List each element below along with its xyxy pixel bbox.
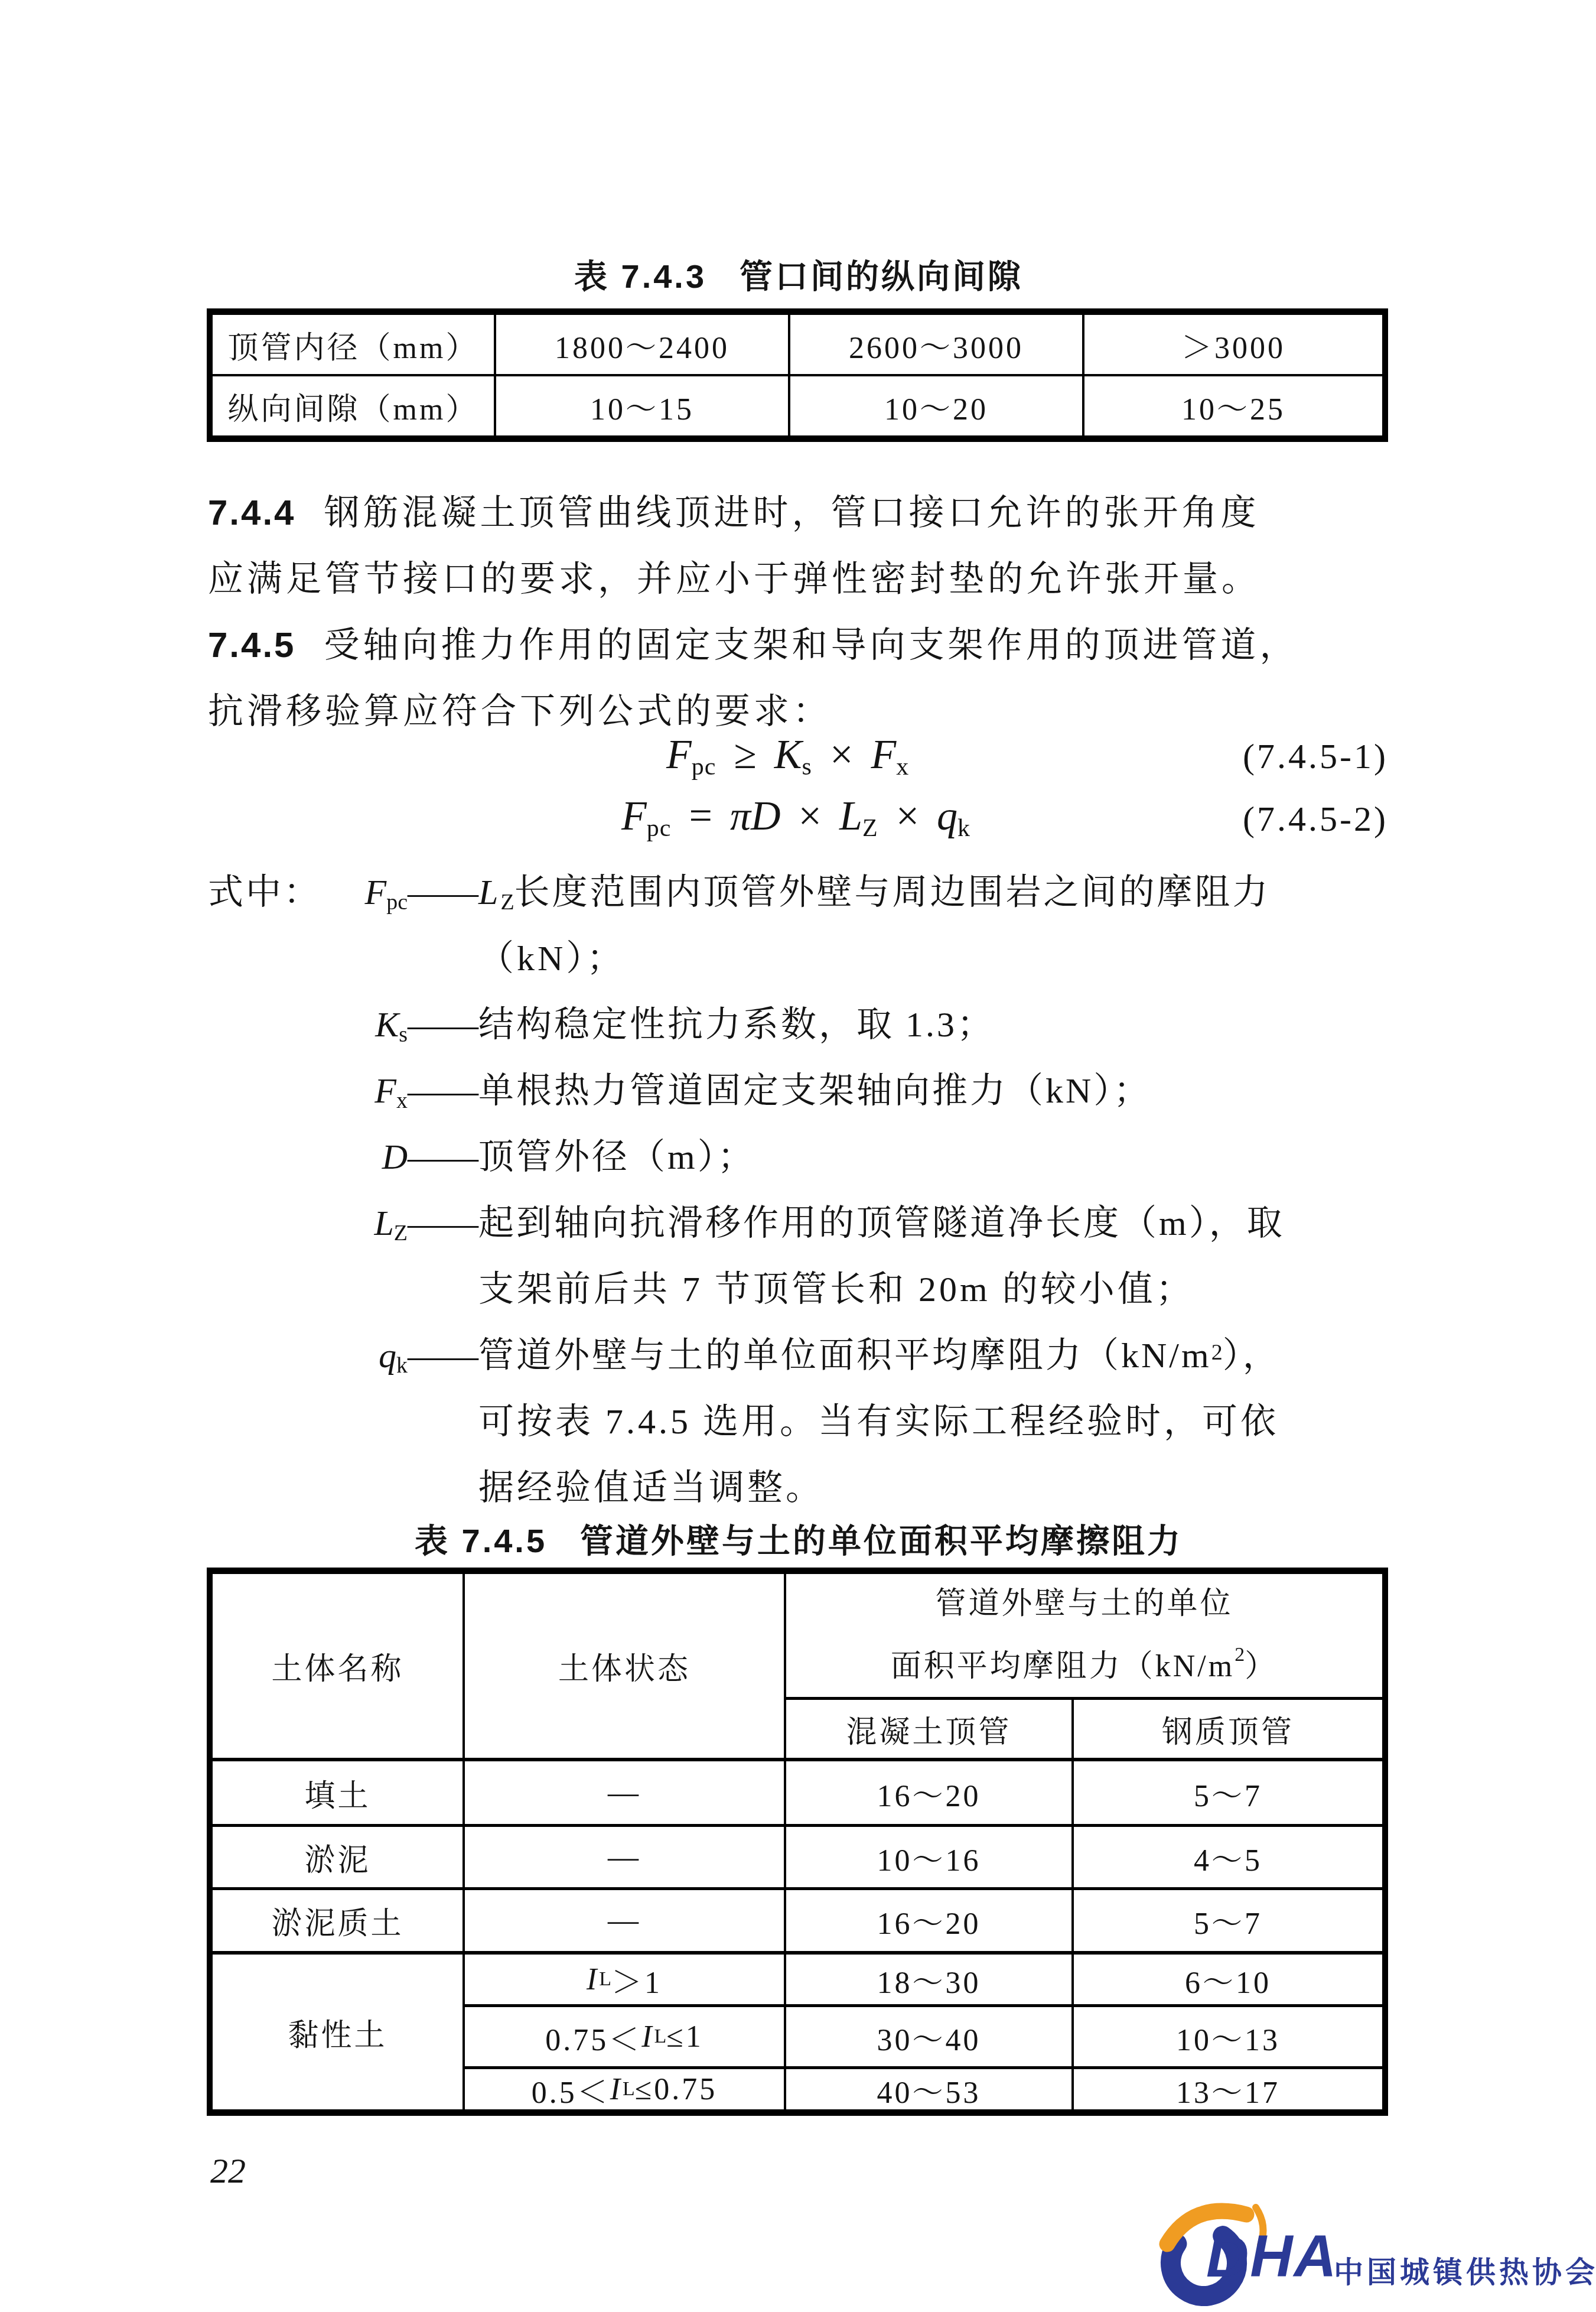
clause-745-line2: 抗滑移验算应符合下列公式的要求： bbox=[208, 683, 832, 734]
clause-744-text1: 钢筋混凝土顶管曲线顶进时，管口接口允许的张开角度 bbox=[324, 493, 1259, 532]
table-row-cell: 5～7 bbox=[1074, 1890, 1382, 1951]
var-Ks: K bbox=[774, 732, 802, 778]
def-label: D—— bbox=[208, 1137, 478, 1180]
cdha-logo-name: 中国城镇供热协会 bbox=[1334, 2249, 1596, 2291]
table-745-header-concrete: 混凝土顶管 bbox=[786, 1700, 1071, 1758]
op-times: × bbox=[799, 794, 822, 839]
op-times: × bbox=[830, 732, 853, 778]
sub-x: x bbox=[896, 753, 909, 781]
table-745: 土体名称 土体状态 管道外壁与土的单位 面积平均摩阻力（kN/m2） 混凝土顶管… bbox=[207, 1568, 1388, 2116]
sub-pc: pc bbox=[692, 753, 716, 781]
clause-744-number: 7.4.4 bbox=[208, 493, 295, 532]
def-text-Ks: 结构稳定性抗力系数，取 1.3； bbox=[478, 996, 995, 1047]
op-geq: ≥ bbox=[734, 732, 756, 778]
var-pi: π bbox=[730, 794, 751, 839]
def-Fx: Fx—— 单根热力管道固定支架轴向推力（kN）； bbox=[208, 1062, 1389, 1114]
table-row-cell: 30～40 bbox=[786, 2007, 1071, 2066]
var-Fx: F bbox=[871, 732, 896, 778]
table-743-header-gap: 纵向间隙（mm） bbox=[213, 376, 494, 435]
clause-745-number: 7.4.5 bbox=[208, 625, 295, 665]
table-row-cell: 13～17 bbox=[1074, 2069, 1382, 2109]
op-times: × bbox=[896, 794, 919, 839]
table-745-title-text: 管道外壁与土的单位面积平均摩擦阻力 bbox=[580, 1522, 1183, 1559]
table-743-title: 表 7.4.3管口间的纵向间隙 bbox=[208, 251, 1389, 298]
table-row-cell: — bbox=[465, 1761, 784, 1824]
clause-745-line1: 7.4.5受轴向推力作用的固定支架和导向支架作用的顶进管道， bbox=[208, 617, 1298, 668]
table-745-title: 表 7.4.5管道外壁与土的单位面积平均摩擦阻力 bbox=[208, 1515, 1389, 1562]
clause-744-text2: 应满足管节接口的要求，并应小于弹性密封垫的允许张开量。 bbox=[208, 560, 1260, 599]
cdha-logo-abbr: DHA bbox=[1206, 2223, 1338, 2291]
table-743-title-text: 管口间的纵向间隙 bbox=[740, 258, 1023, 295]
def-Fpc: 式中： Fpc—— LZ长度范围内顶管外壁与周边围岩之间的摩阻力 bbox=[208, 864, 1389, 915]
var-Fpc: F bbox=[621, 794, 647, 839]
where-intro: 式中： bbox=[208, 864, 321, 915]
def-qk-cont2: 据经验值适当调整。 bbox=[478, 1459, 824, 1510]
def-Ks: Ks—— 结构稳定性抗力系数，取 1.3； bbox=[208, 996, 1389, 1048]
table-745-clay-name: 黏性土 bbox=[213, 1955, 462, 2109]
table-743-header-diameter: 顶管内径（mm） bbox=[213, 315, 494, 374]
formula-7451: Fpc≥Ks×Fx bbox=[666, 731, 909, 781]
def-symbol-qk: qk—— bbox=[379, 1335, 478, 1378]
table-row-cell: 5～7 bbox=[1074, 1761, 1382, 1824]
table-745-header-soil-state: 土体状态 bbox=[465, 1574, 784, 1758]
table-row-cell: 40～53 bbox=[786, 2069, 1071, 2109]
def-Lz: LZ—— 起到轴向抗滑移作用的顶管隧道净长度（m），取 bbox=[208, 1195, 1389, 1246]
clause-744-line1: 7.4.4钢筋混凝土顶管曲线顶进时，管口接口允许的张开角度 bbox=[208, 484, 1259, 535]
var-qk: q bbox=[937, 794, 957, 839]
clause-745-text1: 受轴向推力作用的固定支架和导向支架作用的顶进管道， bbox=[324, 626, 1298, 665]
def-text-qk: 管道外壁与土的单位面积平均摩阻力（kN/m2）， bbox=[478, 1327, 1281, 1378]
def-label: 式中： Fpc—— bbox=[208, 864, 478, 915]
table-743-cell: 10～20 bbox=[790, 376, 1082, 435]
def-text-Fpc: LZ长度范围内顶管外壁与周边围岩之间的摩阻力 bbox=[478, 864, 1271, 915]
def-D: D—— 顶管外径（m）； bbox=[208, 1129, 1389, 1180]
table-border bbox=[207, 435, 1388, 442]
sub-s: s bbox=[802, 753, 812, 781]
table-row-cell: 10～13 bbox=[1074, 2007, 1382, 2066]
table-row-cell: 淤泥质土 bbox=[213, 1890, 462, 1951]
def-qk: qk—— 管道外壁与土的单位面积平均摩阻力（kN/m2）， bbox=[208, 1327, 1389, 1378]
table-743-title-label: 表 7.4.3 bbox=[574, 258, 706, 295]
table-row-cell: 4～5 bbox=[1074, 1827, 1382, 1887]
table-row-cell: 0.5＜IL≤0.75 bbox=[465, 2069, 784, 2109]
sub-pc: pc bbox=[647, 815, 672, 842]
formula-7451-number: (7.4.5-1) bbox=[1243, 736, 1388, 777]
var-D: D bbox=[751, 794, 781, 839]
table-row-cell: 10～16 bbox=[786, 1827, 1071, 1887]
table-row-cell: IL＞1 bbox=[465, 1955, 784, 2004]
table-743-cell: 2600～3000 bbox=[790, 315, 1082, 374]
table-row-cell: 6～10 bbox=[1074, 1955, 1382, 2004]
def-symbol-Fpc: Fpc—— bbox=[364, 872, 478, 915]
clause-744-line2: 应满足管节接口的要求，并应小于弹性密封垫的允许张开量。 bbox=[208, 551, 1260, 601]
clause-745-text2: 抗滑移验算应符合下列公式的要求： bbox=[208, 692, 832, 731]
def-text-Lz: 起到轴向抗滑移作用的顶管隧道净长度（m），取 bbox=[478, 1195, 1285, 1246]
def-label: Fx—— bbox=[208, 1071, 478, 1114]
table-743-cell: 1800～2400 bbox=[496, 315, 788, 374]
table-row-cell: 16～20 bbox=[786, 1890, 1071, 1951]
table-743: 顶管内径（mm） 1800～2400 2600～3000 ＞3000 纵向间隙（… bbox=[207, 308, 1388, 442]
def-symbol-Fx: Fx—— bbox=[374, 1071, 478, 1114]
table-743-cell: ＞3000 bbox=[1084, 315, 1382, 374]
table-row-cell: — bbox=[465, 1890, 784, 1951]
def-qk-cont1: 可按表 7.4.5 选用。当有实际工程经验时，可依 bbox=[478, 1393, 1279, 1444]
table-row-cell: 18～30 bbox=[786, 1955, 1071, 2004]
table-row-cell: — bbox=[465, 1827, 784, 1887]
var-Lz: L bbox=[839, 794, 862, 839]
def-Lz-cont: 支架前后共 7 节顶管长和 20m 的较小值； bbox=[478, 1261, 1194, 1312]
table-border bbox=[1382, 1568, 1388, 2116]
table-border bbox=[207, 308, 1388, 315]
def-Fpc-cont: （kN）； bbox=[478, 930, 625, 981]
def-symbol-Ks: Ks—— bbox=[375, 1004, 478, 1048]
table-row-cell: 填土 bbox=[213, 1761, 462, 1824]
def-label: LZ—— bbox=[208, 1203, 478, 1246]
table-743-cell: 10～25 bbox=[1084, 376, 1382, 435]
def-label: Ks—— bbox=[208, 1004, 478, 1048]
sub-Z: Z bbox=[862, 815, 878, 842]
table-743-cell: 10～15 bbox=[496, 376, 788, 435]
table-745-title-label: 表 7.4.5 bbox=[415, 1522, 547, 1559]
def-text-Fx: 单根热力管道固定支架轴向推力（kN）； bbox=[478, 1062, 1151, 1113]
sub-k: k bbox=[957, 815, 970, 842]
def-symbol-D: D—— bbox=[382, 1137, 478, 1180]
table-border bbox=[207, 1568, 1388, 1574]
table-745-header-steel: 钢质顶管 bbox=[1074, 1700, 1382, 1758]
formula-7452-number: (7.4.5-2) bbox=[1243, 799, 1388, 840]
def-text-D: 顶管外径（m）； bbox=[478, 1129, 755, 1179]
table-745-header-friction: 管道外壁与土的单位 面积平均摩阻力（kN/m2） bbox=[786, 1574, 1382, 1697]
table-745-header-soil-name: 土体名称 bbox=[213, 1574, 462, 1758]
def-label: qk—— bbox=[208, 1335, 478, 1378]
op-equals: = bbox=[689, 794, 712, 839]
table-row-cell: 淤泥 bbox=[213, 1827, 462, 1887]
cdha-logo: DHA 中国城镇供热协会 bbox=[1152, 2197, 1596, 2309]
var-Fpc: F bbox=[666, 732, 692, 778]
formula-7452: Fpc=πD×LZ×qk bbox=[621, 793, 970, 843]
document-page: { "table1": { "title_label": "表 7.4.3", … bbox=[0, 0, 1596, 2312]
def-symbol-Lz: LZ—— bbox=[374, 1203, 478, 1246]
table-border bbox=[207, 1568, 213, 2116]
table-row-cell: 16～20 bbox=[786, 1761, 1071, 1824]
table-row-cell: 0.75＜IL≤1 bbox=[465, 2007, 784, 2066]
page-number: 22 bbox=[210, 2151, 246, 2191]
